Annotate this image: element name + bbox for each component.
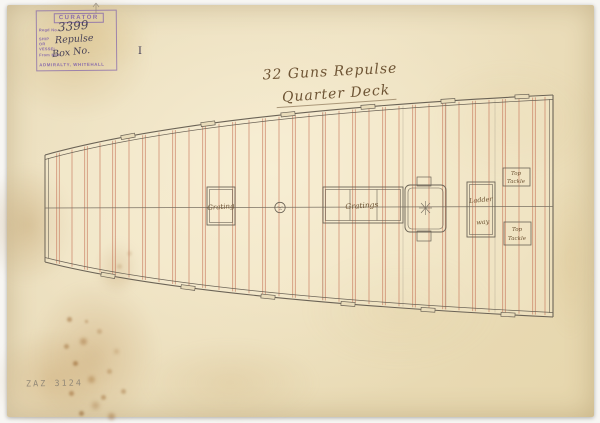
deck-plan-drawing: Grating Gratings Ladder way Top Tackle T… bbox=[0, 0, 600, 423]
ladder-way-label-2: way bbox=[476, 217, 490, 226]
top-tackle-lower-label-1: Top bbox=[512, 227, 523, 233]
scan-background: CURATOR Regd No. SHIP OR VESSEL From Mus… bbox=[0, 0, 600, 423]
top-tackle-upper-label-2: Tackle bbox=[507, 179, 526, 185]
mast-center-mark bbox=[419, 201, 432, 215]
reference-number: ZAZ 3124 bbox=[26, 379, 83, 390]
pencil-mark bbox=[93, 3, 99, 13]
top-tackle-upper-label-1: Top bbox=[511, 171, 522, 177]
top-tackle-lower-label-2: Tackle bbox=[508, 236, 527, 242]
deck-surface bbox=[45, 95, 553, 317]
